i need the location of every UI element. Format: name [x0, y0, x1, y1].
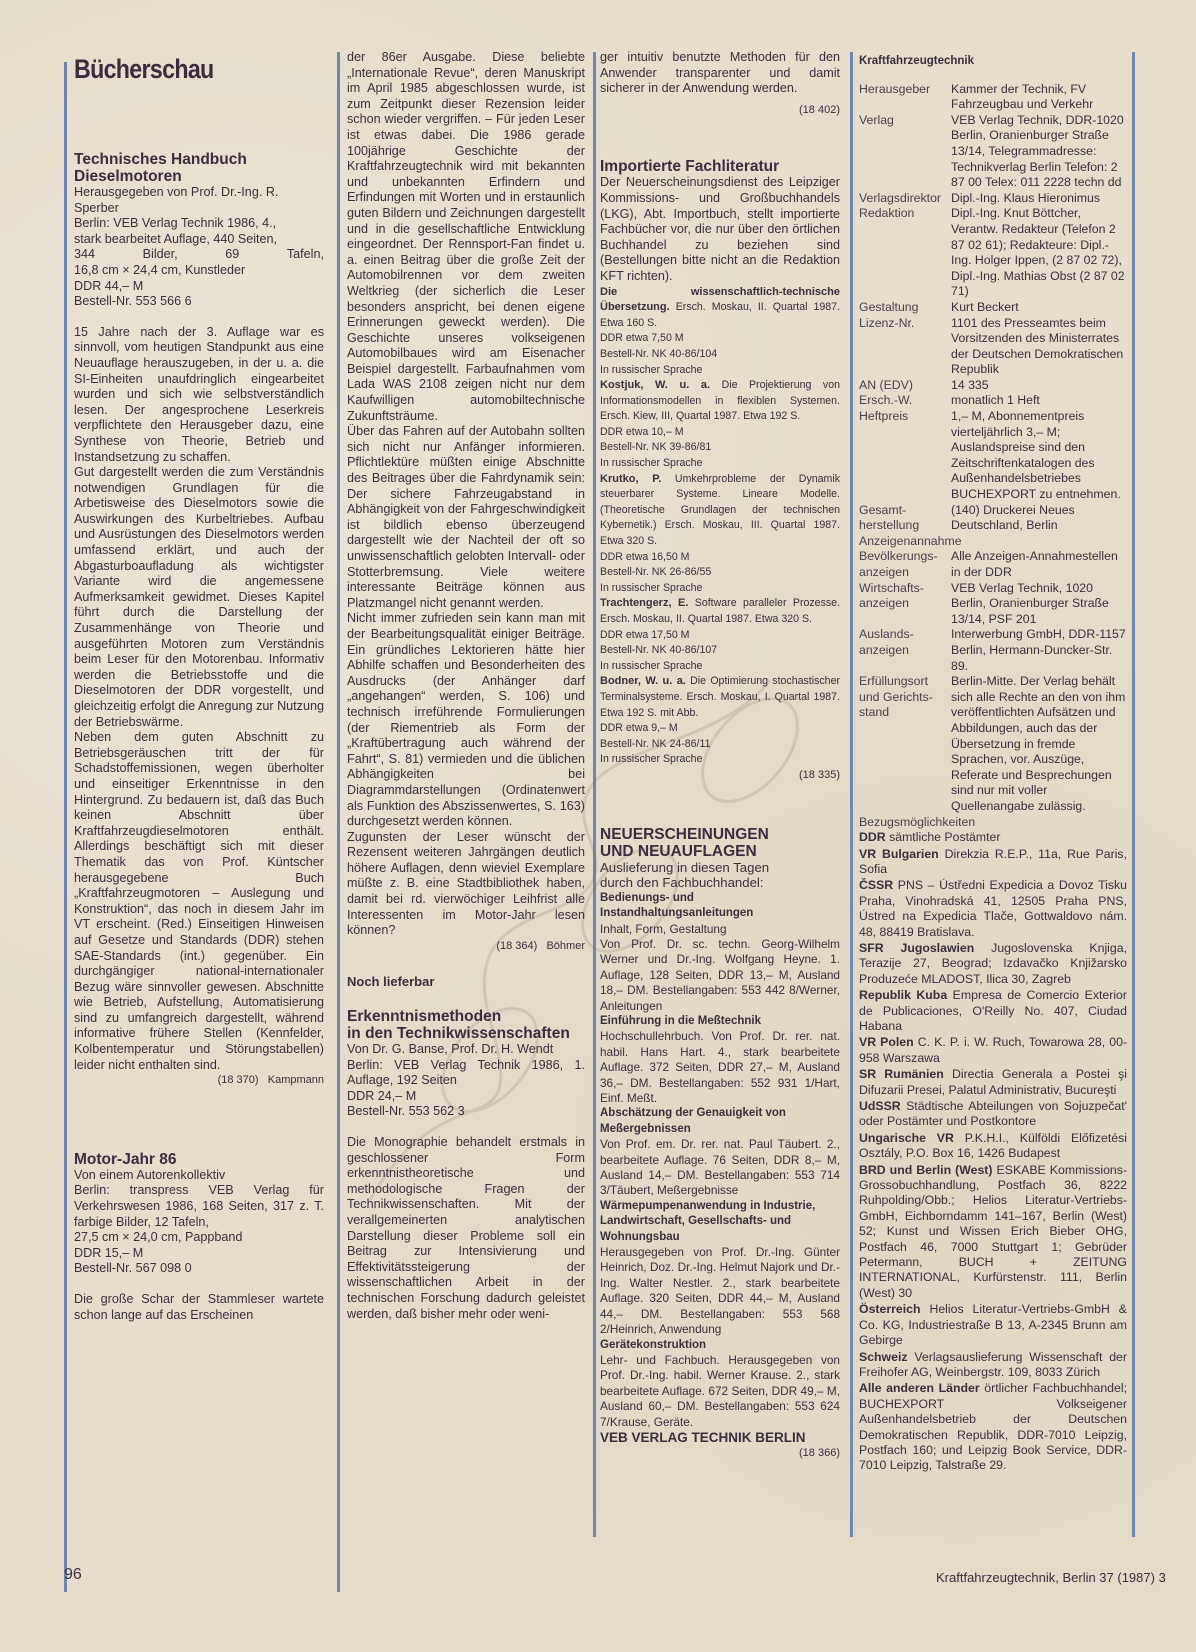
- anzeigen-table: Bevölkerungs-anzeigenAlle Anzeigen-Annah…: [859, 549, 1127, 814]
- column-2: der 86er Ausgabe. Diese beliebte „Intern…: [347, 50, 585, 1322]
- review-signature: (18 370) Kampmann: [74, 1073, 324, 1089]
- import-item: Krutko, P. Umkehrprobleme der Dynamik st…: [600, 472, 840, 597]
- section-intro: Der Neuerscheinungsdienst des Leipziger …: [600, 175, 840, 284]
- impressum-row: VerlagsdirektorDipl.-Ing. Klaus Hieronim…: [859, 191, 1127, 207]
- column-rule-5: [1132, 52, 1135, 1537]
- impressum-row: Gesamt-herstellung(140) Druckerei Neues …: [859, 503, 1127, 534]
- import-item: Bodner, W. u. a. Die Optimierung stochas…: [600, 674, 840, 768]
- review-paragraph: Zugunsten der Leser wünscht der Rezensen…: [347, 830, 585, 939]
- book-description: Die Monographie behandelt erstmals in ge…: [347, 1135, 585, 1322]
- import-item: Die wissenschaftlich-technische Übersetz…: [600, 285, 840, 379]
- column-4-impressum: Kraftfahrzeugtechnik HerausgeberKammer d…: [859, 50, 1127, 1475]
- bezug-item: Österreich Helios Literatur-Vertriebs-Gm…: [859, 1302, 1127, 1348]
- page-title: Bücherschau: [74, 62, 289, 96]
- bezug-item: DDR sämtliche Postämter: [859, 830, 1127, 845]
- review-motor-jahr: Motor-Jahr 86 Von einem Autorenkollektiv…: [74, 1151, 324, 1323]
- importierte-fachliteratur: Importierte Fachliteratur Der Neuerschei…: [600, 158, 840, 783]
- publisher-name: VEB VERLAG TECHNIK BERLIN: [600, 1430, 840, 1446]
- bezug-item: Ungarische VR P.K.H.I., Külföldi Előfize…: [859, 1131, 1127, 1162]
- bezug-item: VR Polen C. K. P. i. W. Ruch, Towarowa 2…: [859, 1035, 1127, 1066]
- column-3: ger intuitiv benutzte Methoden für den A…: [600, 50, 840, 1461]
- new-book-item: Wärmepumpenanwendung in Industrie, Landw…: [600, 1199, 840, 1338]
- bezug-item: UdSSR Städtische Abteilungen von Sojuzpe…: [859, 1099, 1127, 1130]
- book-title: Motor-Jahr 86: [74, 1151, 324, 1168]
- book-title-line2: Dieselmotoren: [74, 168, 324, 185]
- book-title: Technisches Handbuch: [74, 151, 324, 168]
- bezug-item: SFR Jugoslawien Jugoslovenska Knjiga, Te…: [859, 941, 1127, 987]
- book-title: Erkenntnismethoden: [347, 1008, 585, 1025]
- impressum-title: Kraftfahrzeugtechnik: [859, 54, 1127, 70]
- section-title: NEUERSCHEINUNGEN: [600, 826, 840, 843]
- bezug-list: DDR sämtliche Postämter VR Bulgarien Dir…: [859, 830, 1127, 1474]
- impressum-row: Ersch.-W.monatlich 1 Heft: [859, 393, 1127, 409]
- book-erkenntnismethoden: Erkenntnismethoden in den Technikwissens…: [347, 1008, 585, 1322]
- anzeigen-row: Auslands-anzeigenInterwerbung GmbH, DDR-…: [859, 627, 1127, 674]
- review-paragraph: Über das Fahren auf der Autobahn sollten…: [347, 424, 585, 611]
- impressum-row: RedaktionDipl.-Ing. Knut Böttcher, Veran…: [859, 206, 1127, 300]
- book-meta: Von einem Autorenkollektiv Berlin: trans…: [74, 1168, 324, 1277]
- book-title-line2: in den Technikwissenschaften: [347, 1025, 585, 1042]
- reference-number: (18 402): [600, 103, 840, 119]
- neuerscheinungen: NEUERSCHEINUNGEN UND NEUAUFLAGEN Auslief…: [600, 826, 840, 1462]
- impressum-row: VerlagVEB Verlag Technik, DDR-1020 Berli…: [859, 113, 1127, 191]
- new-book-item: Einführung in die Meßtechnik Hochschulle…: [600, 1014, 840, 1106]
- new-book-item: Bedienungs- und Instandhaltungsanleitung…: [600, 891, 840, 1014]
- bezug-item: BRD und Berlin (West) ESKABE Kommissions…: [859, 1163, 1127, 1302]
- book-description-cont: ger intuitiv benutzte Methoden für den A…: [600, 50, 840, 97]
- impressum-row: HerausgeberKammer der Technik, FV Fahrze…: [859, 82, 1127, 113]
- anzeigen-row: Bevölkerungs-anzeigenAlle Anzeigen-Annah…: [859, 549, 1127, 580]
- section-heading: Noch lieferbar: [347, 974, 585, 990]
- anzeigen-heading: Anzeigenannahme: [859, 534, 1127, 550]
- book-meta: Von Dr. G. Banse, Prof. Dr. H. Wendt Ber…: [347, 1042, 585, 1120]
- reference-number: (18 366): [600, 1446, 840, 1462]
- section-title-line2: UND NEUAUFLAGEN: [600, 843, 840, 860]
- import-list: Die wissenschaftlich-technische Übersetz…: [600, 285, 840, 768]
- section-title: Importierte Fachliteratur: [600, 158, 840, 175]
- new-book-item: Gerätekonstruktion Lehr- und Fachbuch. H…: [600, 1338, 840, 1430]
- column-rule-2: [337, 52, 340, 1592]
- bezug-item: Schweiz Verlagsauslieferung Wissenschaft…: [859, 1350, 1127, 1381]
- impressum-row: Heftpreis1,– M, Abonnementpreis viertelj…: [859, 409, 1127, 503]
- column-rule-1: [64, 62, 67, 1592]
- bezug-item: ČSSR PNS – Ústředni Expedicia a Dovoz Ti…: [859, 878, 1127, 940]
- reference-number: (18 335): [600, 768, 840, 784]
- book-meta: Herausgegeben von Prof. Dr.-Ing. R. Sper…: [74, 185, 324, 310]
- review-signature: (18 364) Böhmer: [347, 939, 585, 955]
- bezug-item: VR Bulgarien Direkzia R.E.P., 11a, Rue P…: [859, 847, 1127, 878]
- anzeigen-row: Wirtschafts-anzeigenVEB Verlag Technik, …: [859, 581, 1127, 628]
- impressum-row: GestaltungKurt Beckert: [859, 300, 1127, 316]
- import-item: Kostjuk, W. u. a. Die Projektierung von …: [600, 378, 840, 472]
- review-dieselmotoren: Technisches Handbuch Dieselmotoren Herau…: [74, 151, 324, 1089]
- import-item: Trachtengerz, E. Software paralleler Pro…: [600, 596, 840, 674]
- impressum-row: AN (EDV)14 335: [859, 378, 1127, 394]
- new-book-item: Abschätzung der Genauigkeit von Meßergeb…: [600, 1106, 840, 1198]
- review-paragraph: Die große Schar der Stammleser wartete s…: [74, 1292, 324, 1323]
- bezug-item: Alle anderen Länder örtlicher Fachbuchha…: [859, 1381, 1127, 1473]
- bezug-item: Republik Kuba Empresa de Comercio Exteri…: [859, 988, 1127, 1034]
- review-paragraph: Neben dem guten Abschnitt zu Betriebsger…: [74, 730, 324, 1073]
- impressum-table: HerausgeberKammer der Technik, FV Fahrze…: [859, 82, 1127, 534]
- footer-citation: Kraftfahrzeugtechnik, Berlin 37 (1987) 3: [936, 1570, 1166, 1585]
- column-rule-4: [850, 52, 853, 1537]
- bezug-item: SR Rumänien Directia Generala a Postei ş…: [859, 1067, 1127, 1098]
- page-number: 96: [64, 1566, 82, 1584]
- column-rule-3: [593, 52, 596, 1537]
- bezug-heading: Bezugsmöglichkeiten: [859, 815, 1127, 831]
- review-paragraph: Nicht immer zufrieden sein kann man mit …: [347, 611, 585, 829]
- review-paragraph: der 86er Ausgabe. Diese beliebte „Intern…: [347, 50, 585, 424]
- review-paragraph: 15 Jahre nach der 3. Auflage war es sinn…: [74, 325, 324, 465]
- new-book-list: Bedienungs- und Instandhaltungsanleitung…: [600, 891, 840, 1430]
- impressum-row: Lizenz-Nr.1101 des Presseamtes beim Vors…: [859, 316, 1127, 378]
- review-paragraph: Gut dargestellt werden die zum Verständn…: [74, 465, 324, 730]
- column-1: Bücherschau Technisches Handbuch Dieselm…: [74, 50, 324, 1323]
- anzeigen-row: Erfüllungsort und Gerichts-standBerlin-M…: [859, 674, 1127, 814]
